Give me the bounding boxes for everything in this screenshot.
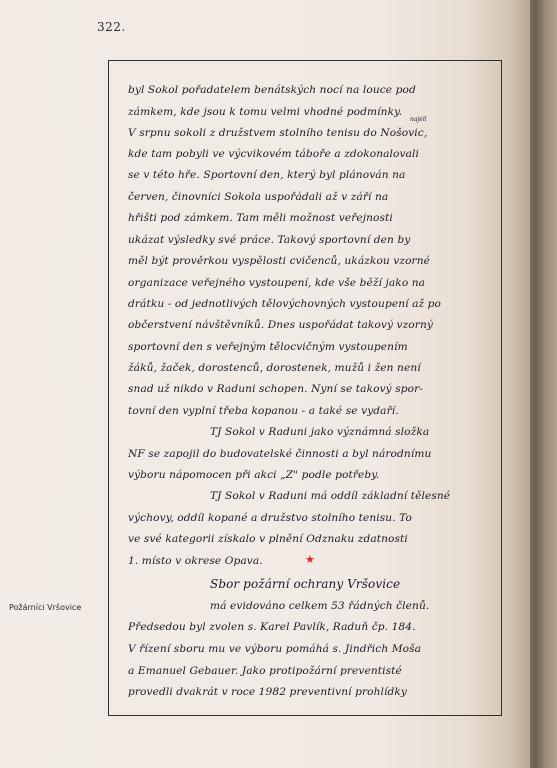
text-line: TJ Sokol v Raduni má oddíl základní těle… <box>210 490 490 502</box>
text-line: občerstvení návštěvníků. Dnes uspořádat … <box>128 319 488 331</box>
text-line: ukázat výsledky své práce. Takový sporto… <box>128 234 488 246</box>
text-line: snad už nikdo v Raduni schopen. Nyní se … <box>128 383 488 395</box>
text-line: provedli dvakrát v roce 1982 preventivní… <box>128 686 488 698</box>
text-line: se v této hře. Sportovní den, který byl … <box>128 169 488 181</box>
margin-note: Požárníci Vršovice <box>9 603 81 612</box>
section-heading: Sbor požární ochrany Vršovice <box>210 577 490 591</box>
text-line: NF se zapojil do budovatelské činnosti a… <box>128 448 488 460</box>
text-line: tovní den vyplní třeba kopanou - a také … <box>128 405 488 417</box>
text-line: hřišti pod zámkem. Tam měli možnost veře… <box>128 212 488 224</box>
text-line: červen, činovníci Sokola uspořádali až v… <box>128 191 488 203</box>
text-line: byl Sokol pořadatelem benátských nocí na… <box>128 84 488 96</box>
text-line: drátku - od jednotlivých tělovýchovných … <box>128 298 488 310</box>
text-line: organizace veřejného vystoupení, kde vše… <box>128 277 488 289</box>
text-line: žáků, žaček, dorostenců, dorostenek, muž… <box>128 362 488 374</box>
text-line: měl být prověrkou vyspělosti cvičenců, u… <box>128 255 488 267</box>
text-line: kde tam pobyli ve výcvikovém táboře a zd… <box>128 148 488 160</box>
text-line: TJ Sokol v Raduni jako význámná složka <box>210 426 490 438</box>
text-line: zámkem, kde jsou k tomu velmi vhodné pod… <box>128 106 488 118</box>
text-line: Předsedou byl zvolen s. Karel Pavlík, Ra… <box>128 621 488 633</box>
text-line: sportovní den s veřejným tělocvičným vys… <box>128 341 488 353</box>
text-line: výchovy, oddíl kopané a družstvo stolníh… <box>128 512 488 524</box>
page-number: 322. <box>97 20 126 34</box>
book-binding <box>530 0 557 768</box>
text-line: V řízení sboru mu ve výboru pomáhá s. Ji… <box>128 643 488 655</box>
text-line: V srpnu sokoli z družstvem stolního teni… <box>128 127 488 139</box>
text-line: ve své kategorii získalo v plnění Odznak… <box>128 533 488 545</box>
text-line: výboru nápomocen při akci „Z" podle potř… <box>128 469 488 481</box>
text-line: a Emanuel Gebauer. Jako protipožární pre… <box>128 665 488 677</box>
text-line: má evidováno celkem 53 řádných členů. <box>210 600 490 612</box>
text-line: 1. místo v okrese Opava. <box>128 555 488 567</box>
